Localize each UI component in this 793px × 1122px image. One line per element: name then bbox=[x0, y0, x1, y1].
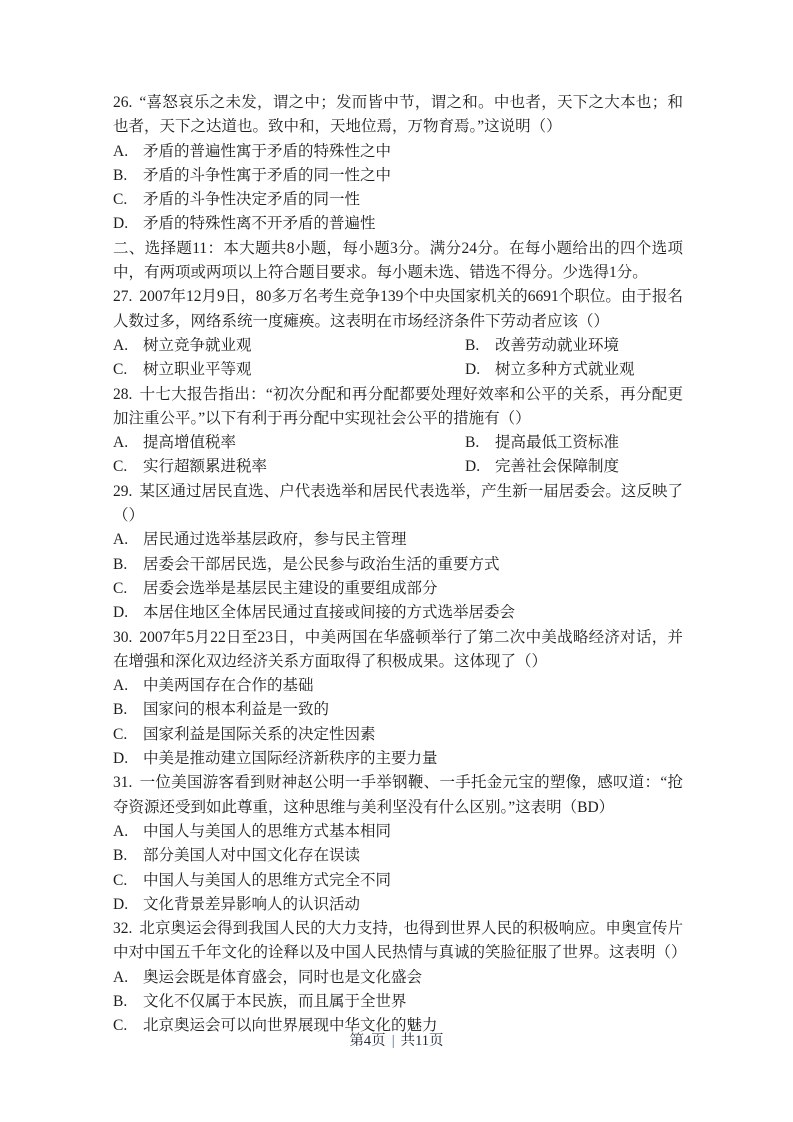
option: A.奥运会既是体育盛会，同时也是文化盛会 bbox=[113, 966, 683, 990]
option-label: C. bbox=[113, 723, 143, 747]
option-label: D. bbox=[465, 455, 495, 479]
option-text: 中美是推动建立国际经济新秩序的主要力量 bbox=[143, 750, 438, 767]
option: A.中国人与美国人的思维方式基本相同 bbox=[113, 820, 683, 844]
question-stem: 31.一位美国游客看到财神赵公明一手举钢鞭、一手托金元宝的塑像，感叹道：“抢夺资… bbox=[113, 771, 683, 820]
option-label: A. bbox=[113, 820, 143, 844]
option-row: A.提高增值税率B.提高最低工资标准 bbox=[113, 431, 683, 455]
option-text: 文化背景差异影响人的认识活动 bbox=[143, 896, 360, 913]
option-label: D. bbox=[465, 358, 495, 382]
option-text: 矛盾的特殊性离不开矛盾的普遍性 bbox=[143, 215, 376, 232]
question-27: 27.2007年12月9日，80多万名考生竞争139个中央国家机关的6691个职… bbox=[113, 285, 683, 382]
option-text: 树立职业平等观 bbox=[143, 361, 252, 378]
page-footer: 第4页|共11页 bbox=[0, 1031, 793, 1051]
question-stem: 28.十七大报告指出：“初次分配和再分配都要处理好效率和公平的关系，再分配更加注… bbox=[113, 383, 683, 432]
option-text: 本居住地区全体居民通过直接或间接的方式选举居委会 bbox=[143, 604, 515, 621]
option-label: C. bbox=[113, 358, 143, 382]
option-text: 树立竞争就业观 bbox=[143, 337, 252, 354]
option: B.居委会干部居民选，是公民参与政治生活的重要方式 bbox=[113, 553, 683, 577]
option: A.矛盾的普遍性寓于矛盾的特殊性之中 bbox=[113, 140, 683, 164]
option: D.中美是推动建立国际经济新秩序的主要力量 bbox=[113, 747, 683, 771]
option-text: 提高增值税率 bbox=[143, 434, 236, 451]
option: B.部分美国人对中国文化存在误读 bbox=[113, 844, 683, 868]
option: B.矛盾的斗争性寓于矛盾的同一性之中 bbox=[113, 164, 683, 188]
option: C.树立职业平等观 bbox=[113, 358, 465, 382]
option: D.矛盾的特殊性离不开矛盾的普遍性 bbox=[113, 212, 683, 236]
question-stem-text: 2007年12月9日，80多万名考生竞争139个中央国家机关的6691个职位。由… bbox=[113, 288, 683, 329]
question-stem-text: “喜怒哀乐之未发，谓之中；发而皆中节，谓之和。中也者，天下之大本也；和也者，天下… bbox=[113, 94, 683, 135]
option-text: 国家利益是国际关系的决定性因素 bbox=[143, 726, 376, 743]
question-26: 26.“喜怒哀乐之未发，谓之中；发而皆中节，谓之和。中也者，天下之大本也；和也者… bbox=[113, 91, 683, 237]
option-text: 居民通过选举基层政府，参与民主管理 bbox=[143, 531, 407, 548]
option-label: C. bbox=[113, 577, 143, 601]
option: A.居民通过选举基层政府，参与民主管理 bbox=[113, 528, 683, 552]
option-label: C. bbox=[113, 455, 143, 479]
question-28: 28.十七大报告指出：“初次分配和再分配都要处理好效率和公平的关系，再分配更加注… bbox=[113, 383, 683, 480]
footer-separator: | bbox=[392, 1033, 395, 1049]
option: C.居委会选举是基层民主建设的重要组成部分 bbox=[113, 577, 683, 601]
option-text: 完善社会保障制度 bbox=[495, 458, 619, 475]
option: C.中国人与美国人的思维方式完全不同 bbox=[113, 869, 683, 893]
option: C.矛盾的斗争性决定矛盾的同一性 bbox=[113, 188, 683, 212]
option-label: D. bbox=[113, 747, 143, 771]
option-label: C. bbox=[113, 188, 143, 212]
question-stem-text: 十七大报告指出：“初次分配和再分配都要处理好效率和公平的关系，再分配更加注重公平… bbox=[113, 386, 683, 427]
question-number: 27. bbox=[113, 288, 132, 305]
option-label: B. bbox=[465, 334, 495, 358]
option-label: D. bbox=[113, 212, 143, 236]
option: B.提高最低工资标准 bbox=[465, 431, 683, 455]
option-label: A. bbox=[113, 431, 143, 455]
question-number: 31. bbox=[113, 774, 132, 791]
option-row: C.实行超额累进税率D.完善社会保障制度 bbox=[113, 455, 683, 479]
option: D.树立多种方式就业观 bbox=[465, 358, 683, 382]
option-text: 中国人与美国人的思维方式完全不同 bbox=[143, 872, 391, 889]
option-text: 奥运会既是体育盛会，同时也是文化盛会 bbox=[143, 969, 422, 986]
option: A.中美两国存在合作的基础 bbox=[113, 674, 683, 698]
question-stem-text: 2007年5月22日至23日，中美两国在华盛顿举行了第二次中美战略经济对话，并在… bbox=[113, 629, 683, 670]
option-label: B. bbox=[113, 553, 143, 577]
question-stem-text: 北京奥运会得到我国人民的大力支持，也得到世界人民的积极响应。申奥宣传片中对中国五… bbox=[113, 920, 687, 961]
option: A.树立竞争就业观 bbox=[113, 334, 465, 358]
question-29: 29.某区通过居民直选、户代表选举和居民代表选举，产生新一届居委会。这反映了（）… bbox=[113, 480, 683, 626]
question-number: 29. bbox=[113, 483, 132, 500]
option-label: A. bbox=[113, 528, 143, 552]
option-text: 中国人与美国人的思维方式基本相同 bbox=[143, 823, 391, 840]
option-text: 树立多种方式就业观 bbox=[495, 361, 635, 378]
option-row: C.树立职业平等观D.树立多种方式就业观 bbox=[113, 358, 683, 382]
question-stem-text: 某区通过居民直选、户代表选举和居民代表选举，产生新一届居委会。这反映了（） bbox=[113, 483, 683, 524]
question-31: 31.一位美国游客看到财神赵公明一手举钢鞭、一手托金元宝的塑像，感叹道：“抢夺资… bbox=[113, 771, 683, 917]
exam-body: 26.“喜怒哀乐之未发，谓之中；发而皆中节，谓之和。中也者，天下之大本也；和也者… bbox=[113, 91, 683, 1039]
section-instructions: 二、选择题11：本大题共8小题，每小题3分。满分24分。在每小题给出的四个选项中… bbox=[113, 237, 683, 286]
question-30: 30.2007年5月22日至23日，中美两国在华盛顿举行了第二次中美战略经济对话… bbox=[113, 626, 683, 772]
option-text: 文化不仅属于本民族，而且属于全世界 bbox=[143, 993, 407, 1010]
question-number: 32. bbox=[113, 920, 132, 937]
option-text: 实行超额累进税率 bbox=[143, 458, 267, 475]
option-text: 居委会选举是基层民主建设的重要组成部分 bbox=[143, 580, 438, 597]
option-label: A. bbox=[113, 334, 143, 358]
question-32: 32.北京奥运会得到我国人民的大力支持，也得到世界人民的积极响应。申奥宣传片中对… bbox=[113, 917, 683, 1038]
footer-total-pages: 共11页 bbox=[401, 1033, 444, 1049]
question-stem: 30.2007年5月22日至23日，中美两国在华盛顿举行了第二次中美战略经济对话… bbox=[113, 626, 683, 675]
question-stem: 26.“喜怒哀乐之未发，谓之中；发而皆中节，谓之和。中也者，天下之大本也；和也者… bbox=[113, 91, 683, 140]
option-label: C. bbox=[113, 869, 143, 893]
option-label: A. bbox=[113, 674, 143, 698]
option: B.国家问的根本利益是一致的 bbox=[113, 698, 683, 722]
question-number: 26. bbox=[113, 94, 132, 111]
question-stem: 29.某区通过居民直选、户代表选举和居民代表选举，产生新一届居委会。这反映了（） bbox=[113, 480, 683, 529]
question-stem-text: 一位美国游客看到财神赵公明一手举钢鞭、一手托金元宝的塑像，感叹道：“抢夺资源还受… bbox=[113, 774, 683, 815]
option-label: A. bbox=[113, 966, 143, 990]
footer-page-number: 第4页 bbox=[349, 1033, 385, 1049]
question-number: 28. bbox=[113, 386, 132, 403]
option: C.国家利益是国际关系的决定性因素 bbox=[113, 723, 683, 747]
option: C.实行超额累进税率 bbox=[113, 455, 465, 479]
option-label: B. bbox=[113, 990, 143, 1014]
option-label: B. bbox=[113, 164, 143, 188]
question-number: 30. bbox=[113, 629, 132, 646]
option-text: 中美两国存在合作的基础 bbox=[143, 677, 314, 694]
question-stem: 27.2007年12月9日，80多万名考生竞争139个中央国家机关的6691个职… bbox=[113, 285, 683, 334]
option-label: B. bbox=[113, 698, 143, 722]
option-text: 部分美国人对中国文化存在误读 bbox=[143, 847, 360, 864]
option: B.改善劳动就业环境 bbox=[465, 334, 683, 358]
option-label: D. bbox=[113, 601, 143, 625]
option-text: 矛盾的普遍性寓于矛盾的特殊性之中 bbox=[143, 143, 391, 160]
option-text: 矛盾的斗争性决定矛盾的同一性 bbox=[143, 191, 360, 208]
option-text: 提高最低工资标准 bbox=[495, 434, 619, 451]
option: D.文化背景差异影响人的认识活动 bbox=[113, 893, 683, 917]
option-text: 矛盾的斗争性寓于矛盾的同一性之中 bbox=[143, 167, 391, 184]
option-text: 居委会干部居民选，是公民参与政治生活的重要方式 bbox=[143, 556, 500, 573]
question-stem: 32.北京奥运会得到我国人民的大力支持，也得到世界人民的积极响应。申奥宣传片中对… bbox=[113, 917, 683, 966]
option-label: A. bbox=[113, 140, 143, 164]
option-label: B. bbox=[465, 431, 495, 455]
option: B.文化不仅属于本民族，而且属于全世界 bbox=[113, 990, 683, 1014]
option-text: 国家问的根本利益是一致的 bbox=[143, 701, 329, 718]
option-label: B. bbox=[113, 844, 143, 868]
option: D.完善社会保障制度 bbox=[465, 455, 683, 479]
option-label: D. bbox=[113, 893, 143, 917]
option: A.提高增值税率 bbox=[113, 431, 465, 455]
option-text: 改善劳动就业环境 bbox=[495, 337, 619, 354]
option: D.本居住地区全体居民通过直接或间接的方式选举居委会 bbox=[113, 601, 683, 625]
exam-page: { "content": { "items": [ { "kind": "que… bbox=[0, 0, 793, 1122]
option-row: A.树立竞争就业观B.改善劳动就业环境 bbox=[113, 334, 683, 358]
